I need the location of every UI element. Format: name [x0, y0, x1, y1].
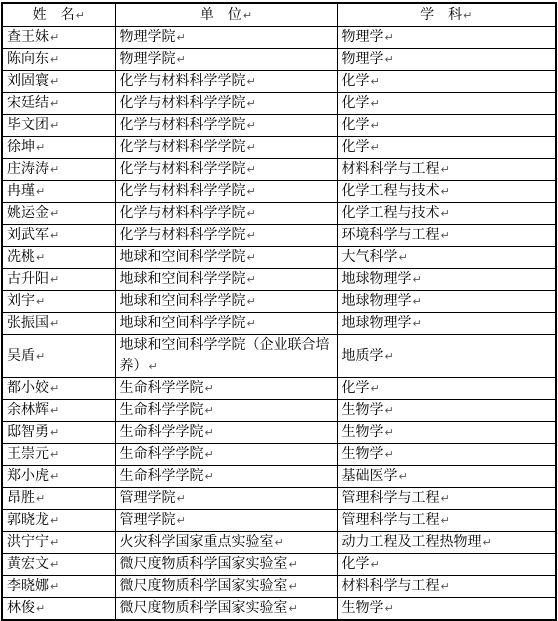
- cell-name: 黄宏文↵: [2, 554, 115, 576]
- table-row: 王崇元↵ 生命科学学院↵ 生物学↵: [2, 444, 556, 466]
- table-row: 陈向东↵ 物理学院↵ 物理学↵: [2, 49, 556, 71]
- unit-name: 地球和空间科学学院: [120, 249, 246, 265]
- cell-unit: 生命科学学院↵: [115, 400, 337, 422]
- paragraph-mark: ↵: [50, 207, 59, 220]
- cell-subject: 化学↵: [337, 93, 556, 115]
- paragraph-mark: ↵: [50, 580, 59, 593]
- table-row: 刘宇↵ 地球和空间科学学院↵ 地球物理学↵: [2, 291, 556, 313]
- paragraph-mark: ↵: [76, 9, 85, 22]
- paragraph-mark: ↵: [36, 350, 45, 363]
- paragraph-mark: ↵: [385, 426, 394, 439]
- cell-name: 刘固寰↵: [2, 71, 115, 93]
- unit-name: 管理学院: [120, 490, 176, 506]
- subject-name: 生物学: [342, 446, 384, 462]
- cell-subject: 化学工程与技术↵: [337, 203, 556, 225]
- header-name: 姓 名↵: [2, 3, 115, 27]
- table-body: 查王妹↵ 物理学院↵ 物理学↵ 陈向东↵ 物理学院↵ 物理学↵ 刘固寰↵ 化学与…: [2, 27, 556, 621]
- unit-name: 火灾科学国家重点实验室: [120, 534, 274, 550]
- student-name: 刘固寰: [7, 73, 49, 89]
- subject-name: 生物学: [342, 600, 384, 616]
- student-name: 陈向东: [7, 51, 49, 67]
- student-name: 王崇元: [7, 446, 49, 462]
- paragraph-mark: ↵: [371, 141, 380, 154]
- unit-name: 生命科学学院: [120, 402, 204, 418]
- cell-subject: 地球物理学↵: [337, 269, 556, 291]
- unit-name: 管理学院: [120, 512, 176, 528]
- cell-unit: 生命科学学院↵: [115, 378, 337, 400]
- header-unit: 单 位↵: [115, 3, 337, 27]
- cell-unit: 微尺度物质科学国家实验室↵: [115, 554, 337, 576]
- subject-name: 化学: [342, 73, 370, 89]
- subject-name: 地球物理学: [342, 293, 412, 309]
- paragraph-mark: ↵: [247, 295, 256, 308]
- paragraph-mark: ↵: [399, 470, 408, 483]
- subject-name: 环境科学与工程: [342, 227, 440, 243]
- paragraph-mark: ↵: [247, 97, 256, 110]
- subject-name: 管理科学与工程: [342, 490, 440, 506]
- cell-name: 古升阳↵: [2, 269, 115, 291]
- table-row: 徐坤↵ 化学与材料科学学院↵ 化学↵: [2, 137, 556, 159]
- cell-subject: 化学↵: [337, 71, 556, 93]
- paragraph-mark: ↵: [441, 229, 450, 242]
- cell-subject: 管理科学与工程↵: [337, 510, 556, 532]
- header-subject: 学 科↵: [337, 3, 556, 27]
- student-name: 邸智勇: [7, 424, 49, 440]
- cell-subject: 物理学↵: [337, 27, 556, 49]
- cell-unit: 管理学院↵: [115, 510, 337, 532]
- cell-subject: 基础医学↵: [337, 466, 556, 488]
- cell-subject: 动力工程及工程热物理↵: [337, 532, 556, 554]
- cell-subject: 管理科学与工程↵: [337, 488, 556, 510]
- paragraph-mark: ↵: [371, 382, 380, 395]
- paragraph-mark: ↵: [50, 119, 59, 132]
- cell-unit: 管理学院↵: [115, 488, 337, 510]
- cell-unit: 生命科学学院↵: [115, 422, 337, 444]
- header-unit-label: 单 位: [200, 7, 242, 23]
- cell-name: 洪宁宁↵: [2, 532, 115, 554]
- table-row: 都小姣↵ 生命科学学院↵ 化学↵: [2, 378, 556, 400]
- table-row: 刘武军↵ 化学与材料科学学院↵ 环境科学与工程↵: [2, 225, 556, 247]
- student-name: 张振国: [7, 315, 49, 331]
- table-row: 刘固寰↵ 化学与材料科学学院↵ 化学↵: [2, 71, 556, 93]
- cell-unit: 生命科学学院↵: [115, 466, 337, 488]
- paragraph-mark: ↵: [177, 31, 186, 44]
- unit-name: 生命科学学院: [120, 446, 204, 462]
- student-name: 吴盾: [7, 348, 35, 364]
- paragraph-mark: ↵: [36, 602, 45, 615]
- paragraph-mark: ↵: [247, 251, 256, 264]
- student-name: 古升阳: [7, 271, 49, 287]
- student-name: 洪宁宁: [7, 534, 49, 550]
- paragraph-mark: ↵: [205, 404, 214, 417]
- cell-unit: 化学与材料科学学院↵: [115, 71, 337, 93]
- subject-name: 化学: [342, 95, 370, 111]
- student-name: 郭晓龙: [7, 512, 49, 528]
- cell-name: 刘武军↵: [2, 225, 115, 247]
- cell-unit: 生命科学学院↵: [115, 444, 337, 466]
- table-row: 洪宁宁↵ 火灾科学国家重点实验室↵ 动力工程及工程热物理↵: [2, 532, 556, 554]
- cell-unit: 物理学院↵: [115, 27, 337, 49]
- unit-name: 化学与材料科学学院: [120, 73, 246, 89]
- unit-name: 地球和空间科学学院: [120, 271, 246, 287]
- subject-name: 化学工程与技术: [342, 183, 440, 199]
- cell-unit: 化学与材料科学学院↵: [115, 225, 337, 247]
- unit-name: 物理学院: [120, 29, 176, 45]
- unit-name: 化学与材料科学学院: [120, 183, 246, 199]
- cell-name: 李晓娜↵: [2, 576, 115, 598]
- paragraph-mark: ↵: [205, 382, 214, 395]
- student-name: 刘武军: [7, 227, 49, 243]
- table-row: 昂胜↵ 管理学院↵ 管理科学与工程↵: [2, 488, 556, 510]
- subject-name: 化学: [342, 139, 370, 155]
- header-name-label: 姓 名: [33, 7, 75, 23]
- paragraph-mark: ↵: [441, 185, 450, 198]
- paragraph-mark: ↵: [247, 273, 256, 286]
- paragraph-mark: ↵: [413, 295, 422, 308]
- cell-name: 邸智勇↵: [2, 422, 115, 444]
- student-name: 冼桃: [7, 249, 35, 265]
- paragraph-mark: ↵: [413, 273, 422, 286]
- table-row: 吴盾↵ 地球和空间科学学院（企业联合培养）↵ 地质学↵: [2, 335, 556, 378]
- table-row: 冼桃↵ 地球和空间科学学院↵ 大气科学↵: [2, 247, 556, 269]
- table-row: 冉瑾↵ 化学与材料科学学院↵ 化学工程与技术↵: [2, 181, 556, 203]
- students-table: 姓 名↵ 单 位↵ 学 科↵ 查王妹↵ 物理学院↵ 物理学↵ 陈向东↵ 物理学院…: [1, 2, 557, 621]
- paragraph-mark: ↵: [399, 251, 408, 264]
- cell-name: 张振国↵: [2, 313, 115, 335]
- paragraph-mark: ↵: [289, 602, 298, 615]
- student-name: 都小姣: [7, 380, 49, 396]
- cell-subject: 生物学↵: [337, 598, 556, 621]
- cell-subject: 生物学↵: [337, 444, 556, 466]
- unit-name: 化学与材料科学学院: [120, 161, 246, 177]
- cell-subject: 生物学↵: [337, 422, 556, 444]
- table-row: 郑小虎↵ 生命科学学院↵ 基础医学↵: [2, 466, 556, 488]
- student-name: 查王妹: [7, 29, 49, 45]
- table-row: 余林辉↵ 生命科学学院↵ 生物学↵: [2, 400, 556, 422]
- cell-name: 王崇元↵: [2, 444, 115, 466]
- paragraph-mark: ↵: [247, 163, 256, 176]
- cell-subject: 大气科学↵: [337, 247, 556, 269]
- paragraph-mark: ↵: [50, 404, 59, 417]
- cell-name: 都小姣↵: [2, 378, 115, 400]
- unit-name: 地球和空间科学学院: [120, 315, 246, 331]
- paragraph-mark: ↵: [50, 382, 59, 395]
- cell-name: 庄涛涛↵: [2, 159, 115, 181]
- student-name: 林俊: [7, 600, 35, 616]
- paragraph-mark: ↵: [441, 207, 450, 220]
- cell-subject: 材料科学与工程↵: [337, 576, 556, 598]
- cell-unit: 火灾科学国家重点实验室↵: [115, 532, 337, 554]
- student-name: 郑小虎: [7, 468, 49, 484]
- paragraph-mark: ↵: [50, 75, 59, 88]
- table-row: 毕文团↵ 化学与材料科学学院↵ 化学↵: [2, 115, 556, 137]
- table-row: 林俊↵ 微尺度物质科学国家实验室↵ 生物学↵: [2, 598, 556, 621]
- cell-name: 吴盾↵: [2, 335, 115, 378]
- cell-unit: 地球和空间科学学院（企业联合培养）↵: [115, 335, 337, 378]
- subject-name: 物理学: [342, 29, 384, 45]
- student-name: 徐坤: [7, 139, 35, 155]
- unit-name: 化学与材料科学学院: [120, 227, 246, 243]
- table-row: 庄涛涛↵ 化学与材料科学学院↵ 材料科学与工程↵: [2, 159, 556, 181]
- cell-subject: 生物学↵: [337, 400, 556, 422]
- cell-name: 刘宇↵: [2, 291, 115, 313]
- cell-subject: 地球物理学↵: [337, 291, 556, 313]
- paragraph-mark: ↵: [36, 492, 45, 505]
- table-row: 邸智勇↵ 生命科学学院↵ 生物学↵: [2, 422, 556, 444]
- cell-unit: 地球和空间科学学院↵: [115, 247, 337, 269]
- student-name: 昂胜: [7, 490, 35, 506]
- table-header: 姓 名↵ 单 位↵ 学 科↵: [2, 3, 556, 27]
- subject-name: 管理科学与工程: [342, 512, 440, 528]
- unit-name: 化学与材料科学学院: [120, 205, 246, 221]
- cell-subject: 环境科学与工程↵: [337, 225, 556, 247]
- paragraph-mark: ↵: [463, 9, 472, 22]
- table-row: 宋廷结↵ 化学与材料科学学院↵ 化学↵: [2, 93, 556, 115]
- paragraph-mark: ↵: [177, 492, 186, 505]
- paragraph-mark: ↵: [50, 163, 59, 176]
- paragraph-mark: ↵: [36, 185, 45, 198]
- unit-name: 化学与材料科学学院: [120, 117, 246, 133]
- cell-unit: 化学与材料科学学院↵: [115, 159, 337, 181]
- student-name: 庄涛涛: [7, 161, 49, 177]
- paragraph-mark: ↵: [483, 536, 492, 549]
- cell-unit: 物理学院↵: [115, 49, 337, 71]
- subject-name: 动力工程及工程热物理: [342, 534, 482, 550]
- cell-unit: 化学与材料科学学院↵: [115, 137, 337, 159]
- paragraph-mark: ↵: [50, 273, 59, 286]
- cell-unit: 微尺度物质科学国家实验室↵: [115, 576, 337, 598]
- table-row: 查王妹↵ 物理学院↵ 物理学↵: [2, 27, 556, 49]
- unit-name: 微尺度物质科学国家实验室: [120, 600, 288, 616]
- paragraph-mark: ↵: [441, 514, 450, 527]
- cell-unit: 化学与材料科学学院↵: [115, 181, 337, 203]
- table-row: 李晓娜↵ 微尺度物质科学国家实验室↵ 材料科学与工程↵: [2, 576, 556, 598]
- paragraph-mark: ↵: [385, 404, 394, 417]
- paragraph-mark: ↵: [50, 514, 59, 527]
- subject-name: 基础医学: [342, 468, 398, 484]
- paragraph-mark: ↵: [441, 492, 450, 505]
- paragraph-mark: ↵: [205, 448, 214, 461]
- cell-name: 余林辉↵: [2, 400, 115, 422]
- table-row: 张振国↵ 地球和空间科学学院↵ 地球物理学↵: [2, 313, 556, 335]
- cell-unit: 地球和空间科学学院↵: [115, 291, 337, 313]
- unit-name: 化学与材料科学学院: [120, 139, 246, 155]
- student-name: 刘宇: [7, 293, 35, 309]
- paragraph-mark: ↵: [385, 53, 394, 66]
- table-row: 姚运金↵ 化学与材料科学学院↵ 化学工程与技术↵: [2, 203, 556, 225]
- paragraph-mark: ↵: [50, 317, 59, 330]
- unit-name: 物理学院: [120, 51, 176, 67]
- paragraph-mark: ↵: [247, 141, 256, 154]
- cell-unit: 地球和空间科学学院↵: [115, 269, 337, 291]
- paragraph-mark: ↵: [247, 75, 256, 88]
- unit-name: 微尺度物质科学国家实验室: [120, 556, 288, 572]
- paragraph-mark: ↵: [50, 97, 59, 110]
- cell-unit: 化学与材料科学学院↵: [115, 93, 337, 115]
- student-name: 毕文团: [7, 117, 49, 133]
- subject-name: 地球物理学: [342, 315, 412, 331]
- paragraph-mark: ↵: [50, 448, 59, 461]
- paragraph-mark: ↵: [177, 514, 186, 527]
- header-row: 姓 名↵ 单 位↵ 学 科↵: [2, 3, 556, 27]
- paragraph-mark: ↵: [289, 558, 298, 571]
- subject-name: 大气科学: [342, 249, 398, 265]
- paragraph-mark: ↵: [247, 185, 256, 198]
- cell-subject: 物理学↵: [337, 49, 556, 71]
- paragraph-mark: ↵: [385, 31, 394, 44]
- paragraph-mark: ↵: [50, 558, 59, 571]
- paragraph-mark: ↵: [247, 119, 256, 132]
- paragraph-mark: ↵: [371, 119, 380, 132]
- paragraph-mark: ↵: [441, 163, 450, 176]
- unit-name: 生命科学学院: [120, 468, 204, 484]
- subject-name: 材料科学与工程: [342, 161, 440, 177]
- cell-subject: 地质学↵: [337, 335, 556, 378]
- paragraph-mark: ↵: [50, 470, 59, 483]
- cell-name: 昂胜↵: [2, 488, 115, 510]
- paragraph-mark: ↵: [36, 295, 45, 308]
- subject-name: 生物学: [342, 402, 384, 418]
- table-row: 古升阳↵ 地球和空间科学学院↵ 地球物理学↵: [2, 269, 556, 291]
- paragraph-mark: ↵: [247, 207, 256, 220]
- student-name: 姚运金: [7, 205, 49, 221]
- student-name: 余林辉: [7, 402, 49, 418]
- cell-name: 冉瑾↵: [2, 181, 115, 203]
- unit-name: 生命科学学院: [120, 424, 204, 440]
- cell-subject: 化学↵: [337, 115, 556, 137]
- subject-name: 化学: [342, 380, 370, 396]
- paragraph-mark: ↵: [50, 31, 59, 44]
- paragraph-mark: ↵: [371, 75, 380, 88]
- cell-name: 毕文团↵: [2, 115, 115, 137]
- cell-name: 查王妹↵: [2, 27, 115, 49]
- cell-name: 徐坤↵: [2, 137, 115, 159]
- paragraph-mark: ↵: [36, 141, 45, 154]
- paragraph-mark: ↵: [36, 251, 45, 264]
- paragraph-mark: ↵: [205, 426, 214, 439]
- paragraph-mark: ↵: [247, 317, 256, 330]
- cell-name: 姚运金↵: [2, 203, 115, 225]
- unit-name: 地球和空间科学学院: [120, 293, 246, 309]
- paragraph-mark: ↵: [50, 229, 59, 242]
- paragraph-mark: ↵: [149, 360, 158, 373]
- paragraph-mark: ↵: [243, 9, 252, 22]
- subject-name: 地球物理学: [342, 271, 412, 287]
- unit-name: 微尺度物质科学国家实验室: [120, 578, 288, 594]
- subject-name: 化学: [342, 117, 370, 133]
- paragraph-mark: ↵: [50, 53, 59, 66]
- student-name: 冉瑾: [7, 183, 35, 199]
- cell-name: 郑小虎↵: [2, 466, 115, 488]
- cell-name: 宋廷结↵: [2, 93, 115, 115]
- cell-name: 郭晓龙↵: [2, 510, 115, 532]
- subject-name: 地质学: [342, 348, 384, 364]
- paragraph-mark: ↵: [275, 536, 284, 549]
- cell-subject: 化学↵: [337, 137, 556, 159]
- subject-name: 生物学: [342, 424, 384, 440]
- paragraph-mark: ↵: [205, 470, 214, 483]
- subject-name: 物理学: [342, 51, 384, 67]
- paragraph-mark: ↵: [385, 448, 394, 461]
- student-name: 黄宏文: [7, 556, 49, 572]
- paragraph-mark: ↵: [177, 53, 186, 66]
- paragraph-mark: ↵: [371, 97, 380, 110]
- table-row: 郭晓龙↵ 管理学院↵ 管理科学与工程↵: [2, 510, 556, 532]
- header-subject-label: 学 科: [420, 7, 462, 23]
- cell-unit: 化学与材料科学学院↵: [115, 203, 337, 225]
- cell-name: 林俊↵: [2, 598, 115, 621]
- cell-subject: 化学工程与技术↵: [337, 181, 556, 203]
- cell-unit: 化学与材料科学学院↵: [115, 115, 337, 137]
- paragraph-mark: ↵: [441, 580, 450, 593]
- unit-name: 化学与材料科学学院: [120, 95, 246, 111]
- cell-subject: 化学↵: [337, 554, 556, 576]
- paragraph-mark: ↵: [413, 317, 422, 330]
- cell-subject: 化学↵: [337, 378, 556, 400]
- unit-name: 生命科学学院: [120, 380, 204, 396]
- paragraph-mark: ↵: [50, 426, 59, 439]
- student-name: 李晓娜: [7, 578, 49, 594]
- paragraph-mark: ↵: [50, 536, 59, 549]
- paragraph-mark: ↵: [385, 602, 394, 615]
- subject-name: 材料科学与工程: [342, 578, 440, 594]
- subject-name: 化学: [342, 556, 370, 572]
- table-row: 黄宏文↵ 微尺度物质科学国家实验室↵ 化学↵: [2, 554, 556, 576]
- cell-name: 陈向东↵: [2, 49, 115, 71]
- cell-subject: 地球物理学↵: [337, 313, 556, 335]
- paragraph-mark: ↵: [289, 580, 298, 593]
- paragraph-mark: ↵: [385, 350, 394, 363]
- paragraph-mark: ↵: [371, 558, 380, 571]
- cell-name: 冼桃↵: [2, 247, 115, 269]
- cell-unit: 微尺度物质科学国家实验室↵: [115, 598, 337, 621]
- paragraph-mark: ↵: [247, 229, 256, 242]
- student-name: 宋廷结: [7, 95, 49, 111]
- cell-unit: 地球和空间科学学院↵: [115, 313, 337, 335]
- subject-name: 化学工程与技术: [342, 205, 440, 221]
- cell-subject: 材料科学与工程↵: [337, 159, 556, 181]
